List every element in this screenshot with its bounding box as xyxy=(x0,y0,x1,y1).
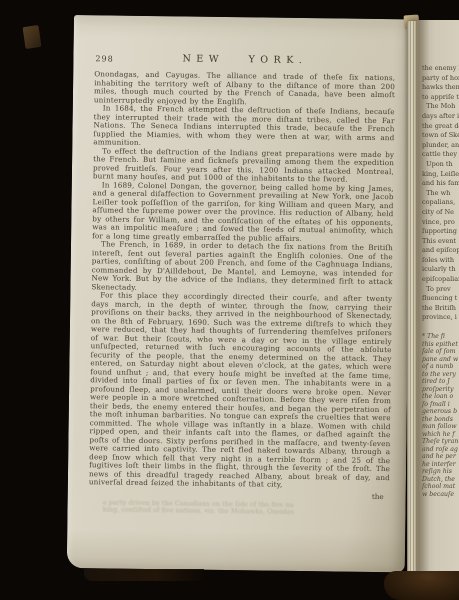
facing-page-sliver: the enemy be party of horſ hawks then i … xyxy=(418,20,459,600)
book-photo: 298 NEW YORK. Onondagas, and Cayugas. Th… xyxy=(0,0,459,600)
book-cover-corner xyxy=(384,571,459,600)
book-page-left: 298 NEW YORK. Onondagas, and Cayugas. Th… xyxy=(67,15,412,572)
paragraph: In 1684, the French attempted the deſtru… xyxy=(93,104,395,150)
page-body: Onondagas, and Cayugas. The alliance and… xyxy=(89,70,395,490)
paragraph: Onondagas, and Cayugas. The alliance and… xyxy=(94,70,395,108)
facing-page-footnote-fragments: * The fi this epithet ſale of ſom pane a… xyxy=(418,333,459,498)
page-header: 298 NEW YORK. xyxy=(94,52,395,70)
page-content: 298 NEW YORK. Onondagas, and Cayugas. Th… xyxy=(88,52,395,518)
paragraph: In 1689, Colonel Dongan, the governor, b… xyxy=(92,181,394,244)
paragraph: To effect the deſtruction of the Indians… xyxy=(93,147,394,185)
fore-edge-dark-corner xyxy=(23,25,42,49)
showthrough-text: a party driven by the Canadians on the ſ… xyxy=(88,499,389,518)
paragraph: For this place they accordingly directed… xyxy=(89,291,393,490)
gutter-leaf-edges xyxy=(407,21,418,600)
binding-shadow-bottom-left xyxy=(84,569,204,581)
running-title: NEW YORK. xyxy=(94,52,395,67)
facing-page-text-fragments: the enemy be party of horſ hawks then i … xyxy=(418,64,459,323)
paragraph: The French, in 1689, in order to detach … xyxy=(91,240,393,295)
